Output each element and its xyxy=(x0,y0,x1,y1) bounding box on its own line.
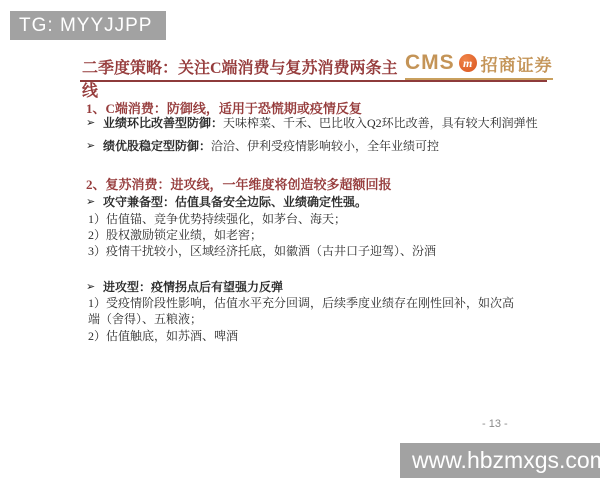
cms-logo-m-icon: m xyxy=(459,54,477,72)
group-heading-text: 进攻型：疫情拐点后有望强力反弹 xyxy=(103,279,283,295)
bottom-watermark-banner[interactable]: www.hbzmxgs.com xyxy=(400,443,600,478)
section2-group2-heading: ➢ 进攻型：疫情拐点后有望强力反弹 xyxy=(86,279,546,295)
bullet-lead: 业绩环比改善型防御： xyxy=(103,116,223,130)
cms-logo-text: CMS xyxy=(405,51,455,75)
section2-group1-item-1: 1）估值锚、竞争优势持续强化，如茅台、海天； xyxy=(88,211,522,227)
cms-logo: CMS m 招商证券 xyxy=(405,50,553,80)
section2-heading: 2、复苏消费：进攻线，一年维度将创造较多超额回报 xyxy=(86,174,392,193)
section1-bullet-2: ➢ 绩优股稳定型防御：洽洽、伊利受疫情影响较小，全年业绩可控 xyxy=(86,138,546,154)
section2-group1-item-3: 3）疫情干扰较小，区域经济托底，如徽酒（古井口子迎驾）、汾酒 xyxy=(88,243,522,259)
section2-group2-item-2: 2）估值触底，如苏酒、啤酒 xyxy=(88,328,522,344)
bullet-body: 洽洽、伊利受疫情影响较小，全年业绩可控 xyxy=(211,139,439,153)
bullet-lead: 绩优股稳定型防御： xyxy=(103,139,211,153)
arrow-bullet-icon: ➢ xyxy=(86,279,103,295)
section1-bullet-1: ➢ 业绩环比改善型防御：天味榨菜、千禾、巴比收入Q2环比改善，具有较大利润弹性 xyxy=(86,115,546,131)
section2-group1-heading: ➢ 攻守兼备型：估值具备安全边际、业绩确定性强。 xyxy=(86,194,546,210)
top-watermark-banner[interactable]: TG: MYYJJPP xyxy=(10,11,166,40)
group-heading-text: 攻守兼备型：估值具备安全边际、业绩确定性强。 xyxy=(103,194,367,210)
arrow-bullet-icon: ➢ xyxy=(86,115,103,131)
bullet-body: 天味榨菜、千禾、巴比收入Q2环比改善，具有较大利润弹性 xyxy=(223,116,538,130)
title-divider xyxy=(80,80,547,82)
section2-group2-item-1: 1）受疫情阶段性影响，估值水平充分回调，后续季度业绩存在刚性回补，如次高端（舍得… xyxy=(88,295,522,327)
company-name: 招商证券 xyxy=(481,51,553,76)
bullet-text: 业绩环比改善型防御：天味榨菜、千禾、巴比收入Q2环比改善，具有较大利润弹性 xyxy=(103,115,538,131)
arrow-bullet-icon: ➢ xyxy=(86,138,103,154)
slide-title: 二季度策略：关注C端消费与复苏消费两条主线 xyxy=(82,55,402,101)
bullet-text: 绩优股稳定型防御：洽洽、伊利受疫情影响较小，全年业绩可控 xyxy=(103,138,439,154)
page-number: - 13 - xyxy=(482,418,508,430)
section2-group1-item-2: 2）股权激励锁定业绩，如老窖； xyxy=(88,227,522,243)
arrow-bullet-icon: ➢ xyxy=(86,194,103,210)
